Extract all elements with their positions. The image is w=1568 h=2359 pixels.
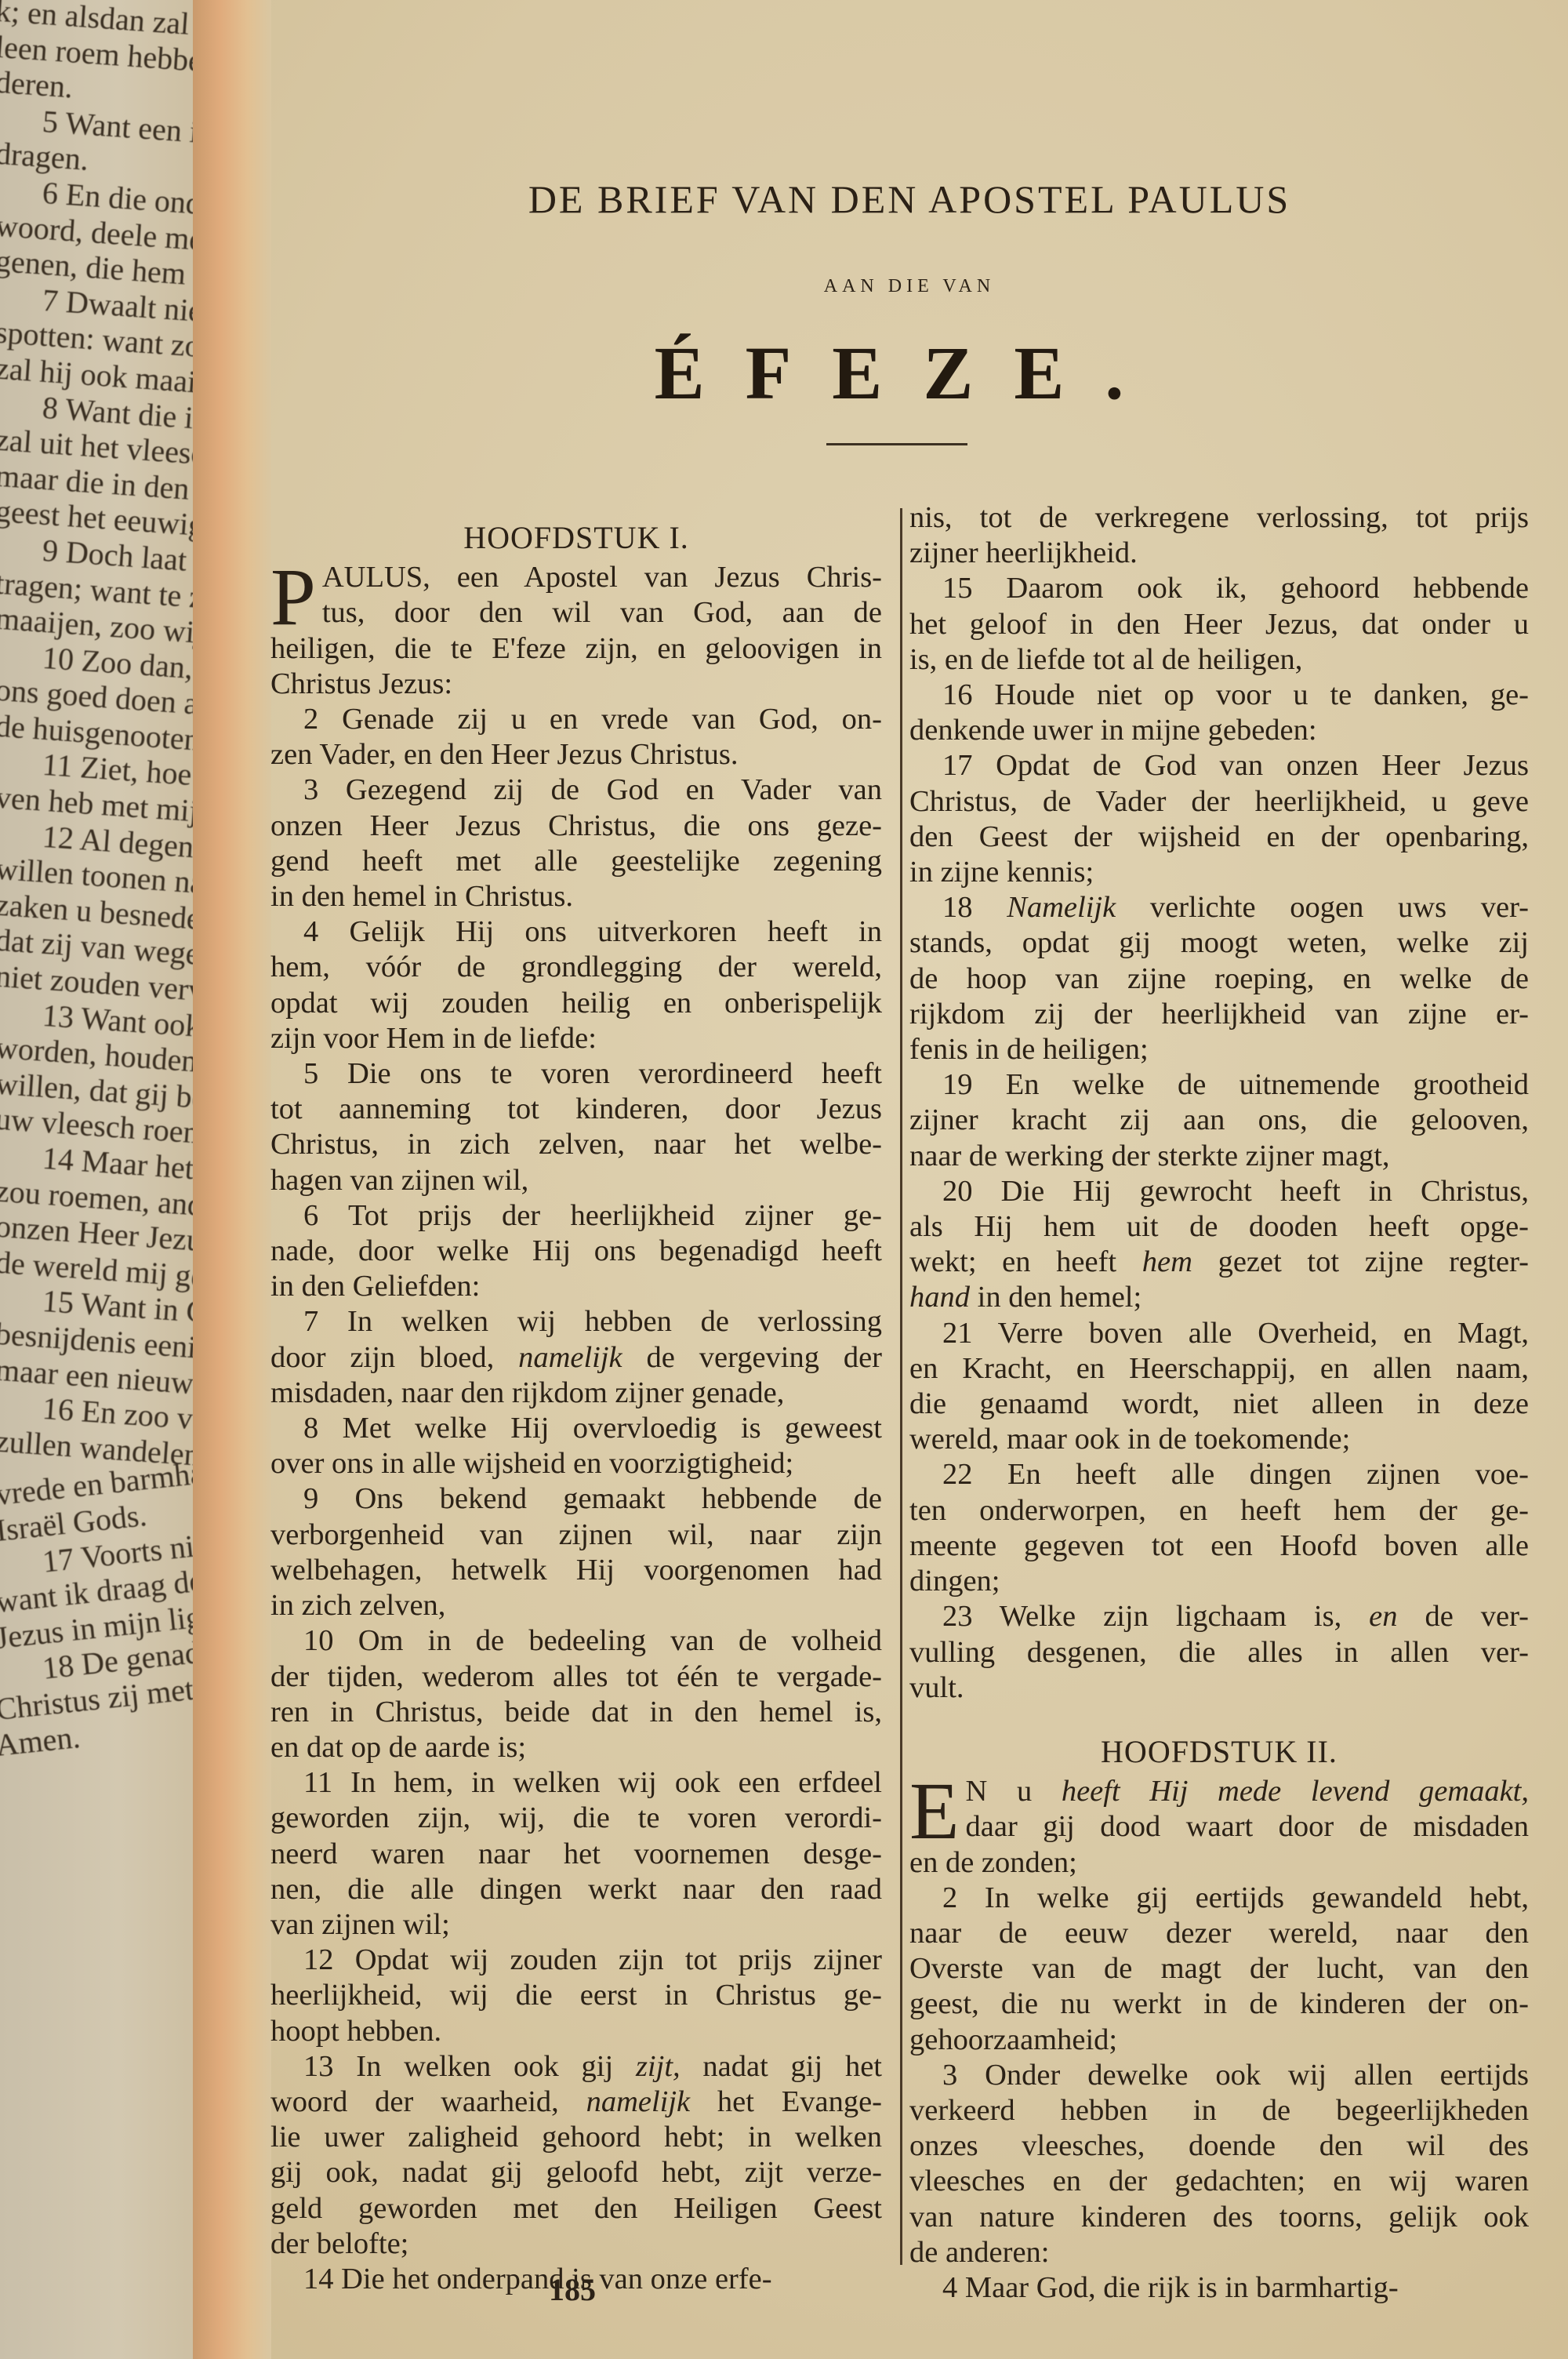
text-line: 8 Met welke Hij overvloedig is geweest	[270, 1411, 882, 1446]
text-line: van nature kinderen des toorns, gelijk o…	[909, 2200, 1529, 2235]
text-line: van zijnen wil;	[270, 1907, 882, 1943]
text-line: nen, die alle dingen werkt naar den raad	[270, 1872, 882, 1907]
drop-cap: P	[270, 565, 316, 631]
text-line: in zijne kennis;	[909, 855, 1529, 890]
epistle-title: DE BRIEF VAN DEN APOSTEL PAULUS	[455, 176, 1364, 222]
text-line: 20 Die Hij gewrocht heeft in Christus,	[909, 1174, 1529, 1209]
text-line: tot aanneming tot kinderen, door Jezus	[270, 1092, 882, 1127]
text-line: 17 Opdat de God van onzen Heer Jezus	[909, 748, 1529, 783]
left-column: HOOFDSTUK I. PAULUS, een Apostel van Jez…	[270, 514, 882, 2297]
text-line: rijkdom zij der heerlijkheid van zijne e…	[909, 997, 1529, 1032]
text-line: de hoop van zijne roeping, en welke de	[909, 961, 1529, 997]
verse-16: 16 Houde niet op voor u te danken, ge-de…	[909, 678, 1529, 748]
text-line: opdat wij zouden heilig en onberispelijk	[270, 986, 882, 1021]
right-column: nis, tot de verkregene verlossing, tot p…	[909, 500, 1529, 2306]
text-line: neerd waren naar het voornemen desge-	[270, 1837, 882, 1872]
text-line: 16 Houde niet op voor u te danken, ge-	[909, 678, 1529, 713]
text-line: zijner kracht zij aan ons, die gelooven,	[909, 1103, 1529, 1138]
text-line: de anderen:	[909, 2235, 1529, 2270]
verse-3: 3 Gezegend zij de God en Vader vanonzen …	[270, 772, 882, 914]
text-line: nade, door welke Hij ons begenadigd heef…	[270, 1234, 882, 1269]
text-line: N u heeft Hij mede levend gemaakt,	[909, 1774, 1529, 1809]
text-line: daar gij dood waart door de misdaden	[909, 1809, 1529, 1845]
text-line: heiligen, die te E'feze zijn, en geloovi…	[270, 631, 882, 667]
verse-10: 10 Om in de bedeeling van de volheidder …	[270, 1623, 882, 1765]
text-line: dingen;	[909, 1564, 1529, 1599]
text-line: zijn voor Hem in de liefde:	[270, 1021, 882, 1056]
text-line: Christus, in zich zelven, naar het welbe…	[270, 1127, 882, 1162]
text-line: misdaden, naar den rijkdom zijner genade…	[270, 1376, 882, 1411]
text-line: 19 En welke de uitnemende grootheid	[909, 1067, 1529, 1103]
drop-cap: E	[909, 1779, 960, 1845]
book-gutter-shadow	[193, 0, 271, 2359]
text-line: 11 In hem, in welken wij ook een erfdeel	[270, 1765, 882, 1801]
verse-20: 20 Die Hij gewrocht heeft in Christus,al…	[909, 1174, 1529, 1316]
verse-4: 4 Maar God, die rijk is in barmhartig-	[909, 2270, 1529, 2306]
text-line: woord der waarheid, namelijk het Evange-	[270, 2085, 882, 2120]
column-divider	[900, 508, 902, 2265]
title-rule	[826, 443, 967, 445]
previous-page-edge: k; en alsdan zal hij aan zichleen roem h…	[0, 0, 198, 2359]
text-line: 3 Onder dewelke ook wij allen eertijds	[909, 2058, 1529, 2093]
verse-11: 11 In hem, in welken wij ook een erfdeel…	[270, 1765, 882, 1943]
text-line: 13 In welken ook gij zijt, nadat gij het	[270, 2049, 882, 2085]
text-line: 21 Verre boven alle Overheid, en Magt,	[909, 1316, 1529, 1351]
verse-opening: EN u heeft Hij mede levend gemaakt,daar …	[909, 1774, 1529, 1881]
text-line: gend heeft met alle geestelijke zegening	[270, 844, 882, 879]
text-line: welbehagen, hetwelk Hij voorgenomen had	[270, 1553, 882, 1588]
verse-23: 23 Welke zijn ligchaam is, en de ver-vul…	[909, 1599, 1529, 1706]
text-line: in den hemel in Christus.	[270, 879, 882, 914]
text-line: naar de eeuw dezer wereld, naar den	[909, 1916, 1529, 1951]
text-line: het geloof in den Heer Jezus, dat onder …	[909, 607, 1529, 642]
book-name: ÉFEZE.	[455, 329, 1364, 416]
text-line: gehoorzaamheid;	[909, 2023, 1529, 2058]
text-line: 3 Gezegend zij de God en Vader van	[270, 772, 882, 808]
verse-2: 2 Genade zij u en vrede van God, on-zen …	[270, 702, 882, 772]
verse-17: 17 Opdat de God van onzen Heer JezusChri…	[909, 748, 1529, 890]
verse-5: 5 Die ons te voren verordineerd heefttot…	[270, 1056, 882, 1198]
text-line: 5 Die ons te voren verordineerd heeft	[270, 1056, 882, 1092]
text-line: der belofte;	[270, 2226, 882, 2262]
text-line: verkeerd hebben in de begeerlijkheden	[909, 2093, 1529, 2128]
text-line: gij ook, nadat gij geloofd hebt, zijt ve…	[270, 2155, 882, 2190]
text-line: geld geworden met den Heiligen Geest	[270, 2191, 882, 2226]
epistle-subtitle: AAN DIE VAN	[455, 276, 1364, 297]
text-line: vulling desgenen, die alles in allen ver…	[909, 1635, 1529, 1670]
text-line: 7 In welken wij hebben de verlossing	[270, 1304, 882, 1339]
text-line: hem, vóór de grondlegging der wereld,	[270, 950, 882, 985]
text-line: onzes vleesches, doende den wil des	[909, 2128, 1529, 2164]
verse-18: 18 Namelijk verlichte oogen uws ver-stan…	[909, 890, 1529, 1067]
text-line: in zich zelven,	[270, 1588, 882, 1623]
verse-2: 2 In welke gij eertijds gewandeld hebt,n…	[909, 1881, 1529, 2058]
text-line: hoopt hebben.	[270, 2014, 882, 2049]
text-line: vult.	[909, 1670, 1529, 1706]
verse-12: 12 Opdat wij zouden zijn tot prijs zijne…	[270, 1943, 882, 2049]
text-line: en dat op de aarde is;	[270, 1730, 882, 1765]
verse-8: 8 Met welke Hij overvloedig is geweestov…	[270, 1411, 882, 1481]
text-line: en de zonden;	[909, 1845, 1529, 1881]
text-line: den Geest der wijsheid en der openbaring…	[909, 820, 1529, 855]
text-line: geworden zijn, wij, die te voren verordi…	[270, 1801, 882, 1836]
text-line: is, en de liefde tot al de heiligen,	[909, 642, 1529, 678]
text-line: verborgenheid van zijnen wil, naar zijn	[270, 1518, 882, 1553]
text-line: lie uwer zaligheid gehoord hebt; in welk…	[270, 2120, 882, 2155]
text-line: door zijn bloed, namelijk de vergeving d…	[270, 1340, 882, 1376]
text-line: 4 Maar God, die rijk is in barmhartig-	[909, 2270, 1529, 2306]
verse-3: 3 Onder dewelke ook wij allen eertijdsve…	[909, 2058, 1529, 2270]
verse-19: 19 En welke de uitnemende grootheidzijne…	[909, 1067, 1529, 1174]
page-number: 185	[517, 2271, 627, 2308]
text-line: die genaamd wordt, niet alleen in deze	[909, 1387, 1529, 1422]
chapter-heading-2: HOOFDSTUK II.	[909, 1734, 1529, 1769]
text-line: vleesches en der gedachten; en wij waren	[909, 2164, 1529, 2199]
verse-13: 13 In welken ook gij zijt, nadat gij het…	[270, 2049, 882, 2262]
text-line: Christus, de Vader der heerlijkheid, u g…	[909, 784, 1529, 820]
text-line: 18 Namelijk verlichte oogen uws ver-	[909, 890, 1529, 925]
text-line: 22 En heeft alle dingen zijnen voe-	[909, 1457, 1529, 1492]
text-line: hand in den hemel;	[909, 1280, 1529, 1315]
text-line: over ons in alle wijsheid en voorzigtigh…	[270, 1446, 882, 1481]
verse-6: 6 Tot prijs der heerlijkheid zijner ge-n…	[270, 1198, 882, 1305]
text-line: AULUS, een Apostel van Jezus Chris-	[270, 560, 882, 595]
text-line: geest, die nu werkt in de kinderen der o…	[909, 1986, 1529, 2022]
text-line: 2 Genade zij u en vrede van God, on-	[270, 702, 882, 737]
text-line: meente gegeven tot een Hoofd boven alle	[909, 1528, 1529, 1564]
verse-9: 9 Ons bekend gemaakt hebbende deverborge…	[270, 1481, 882, 1623]
right-column-verses-ch2: EN u heeft Hij mede levend gemaakt,daar …	[909, 1774, 1529, 2306]
verse-7: 7 In welken wij hebben de verlossingdoor…	[270, 1304, 882, 1411]
text-line: naar de werking der sterkte zijner magt,	[909, 1139, 1529, 1174]
text-line: 6 Tot prijs der heerlijkheid zijner ge-	[270, 1198, 882, 1234]
text-line: 15 Daarom ook ik, gehoord hebbende	[909, 571, 1529, 606]
text-line: hagen van zijnen wil,	[270, 1163, 882, 1198]
text-line: als Hij hem uit de dooden heeft opge-	[909, 1209, 1529, 1245]
text-line: nis, tot de verkregene verlossing, tot p…	[909, 500, 1529, 536]
text-line: 10 Om in de bedeeling van de volheid	[270, 1623, 882, 1659]
text-line: tus, door den wil van God, aan de	[270, 595, 882, 631]
text-line: wereld, maar ook in de toekomende;	[909, 1422, 1529, 1457]
text-line: in den Geliefden:	[270, 1269, 882, 1304]
text-line: zijner heerlijkheid.	[909, 536, 1529, 571]
text-line: fenis in de heiligen;	[909, 1032, 1529, 1067]
text-line: heerlijkheid, wij die eerst in Christus …	[270, 1978, 882, 2013]
text-line: 9 Ons bekend gemaakt hebbende de	[270, 1481, 882, 1517]
verse-22: 22 En heeft alle dingen zijnen voe-ten o…	[909, 1457, 1529, 1599]
verse-opening: PAULUS, een Apostel van Jezus Chris-tus,…	[270, 560, 882, 702]
right-column-verses-ch1: nis, tot de verkregene verlossing, tot p…	[909, 500, 1529, 1706]
verse-opening: nis, tot de verkregene verlossing, tot p…	[909, 500, 1529, 571]
text-line: Overste van de magt der lucht, van den	[909, 1951, 1529, 1986]
verse-21: 21 Verre boven alle Overheid, en Magt,en…	[909, 1316, 1529, 1458]
text-line: wekt; en heeft hem gezet tot zijne regte…	[909, 1245, 1529, 1280]
verse-15: 15 Daarom ook ik, gehoord hebbendehet ge…	[909, 571, 1529, 678]
previous-page-text: k; en alsdan zal hij aan zichleen roem h…	[0, 0, 198, 1752]
text-line: denkende uwer in mijne gebeden:	[909, 713, 1529, 748]
text-line: Christus Jezus:	[270, 667, 882, 702]
text-line: 23 Welke zijn ligchaam is, en de ver-	[909, 1599, 1529, 1634]
left-column-verses: PAULUS, een Apostel van Jezus Chris-tus,…	[270, 560, 882, 2297]
chapter-heading-1: HOOFDSTUK I.	[270, 520, 882, 555]
text-line: zen Vader, en den Heer Jezus Christus.	[270, 737, 882, 772]
text-line: en Kracht, en Heerschappij, en allen naa…	[909, 1351, 1529, 1387]
text-line: 12 Opdat wij zouden zijn tot prijs zijne…	[270, 1943, 882, 1978]
text-line: stands, opdat gij moogt weten, welke zij	[909, 925, 1529, 961]
text-line: ten onderworpen, en heeft hem der ge-	[909, 1493, 1529, 1528]
text-line: 4 Gelijk Hij ons uitverkoren heeft in	[270, 914, 882, 950]
text-line: 2 In welke gij eertijds gewandeld hebt,	[909, 1881, 1529, 1916]
text-line: onzen Heer Jezus Christus, die ons geze-	[270, 809, 882, 844]
text-line: ren in Christus, beide dat in den hemel …	[270, 1695, 882, 1730]
text-line: der tijden, wederom alles tot één te ver…	[270, 1659, 882, 1695]
verse-4: 4 Gelijk Hij ons uitverkoren heeft inhem…	[270, 914, 882, 1056]
